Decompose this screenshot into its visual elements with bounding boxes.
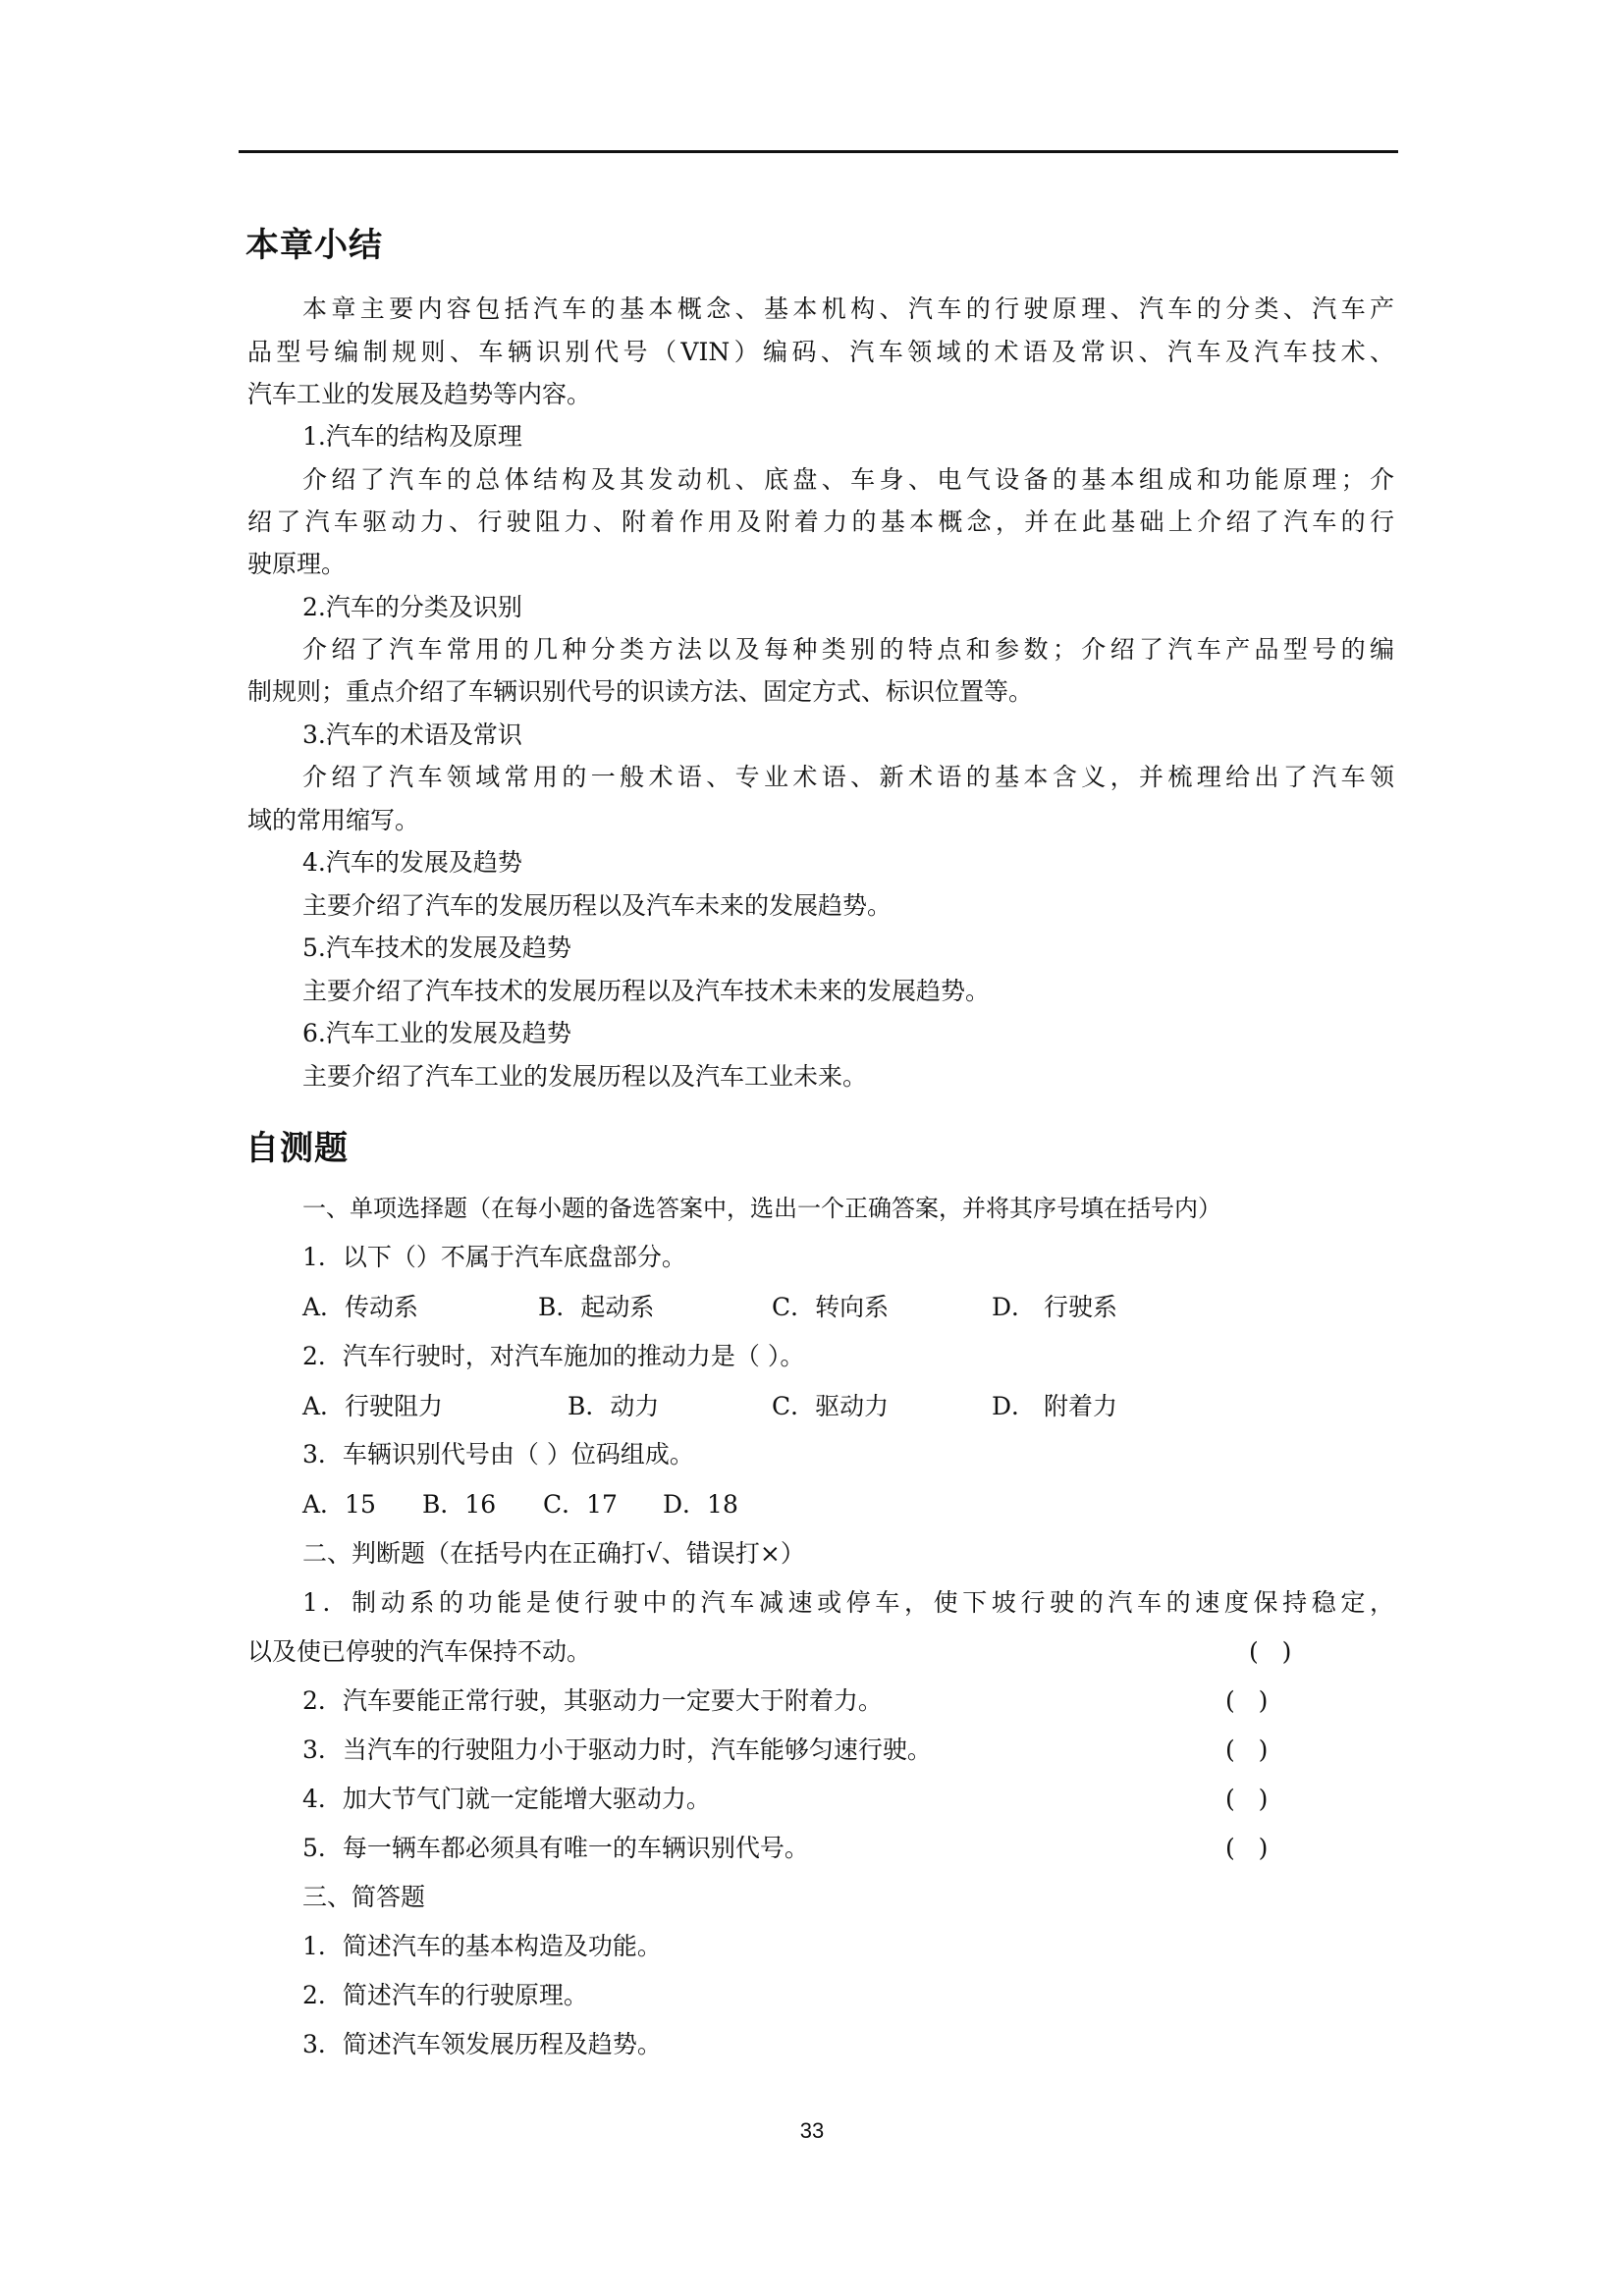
option: B．起动系 [538,1293,654,1322]
section-text: 域的常用缩写。 [247,806,419,835]
section-text: 绍了汽车驱动力、行驶阻力、附着作用及附着力的基本概念，并在此基础上介绍了汽车的行 [247,507,1394,537]
section-title: 5.汽车技术的发展及趋势 [302,934,571,963]
option: C．17 [543,1490,618,1520]
option: C．转向系 [772,1293,889,1322]
section-text: 制规则；重点介绍了车辆识别代号的识读方法、固定方式、标识位置等。 [247,677,1033,707]
judgement-question: 以及使已停驶的汽车保持不动。 [247,1637,591,1667]
summary-intro-line: 品型号编制规则、车辆识别代号（VIN）编码、汽车领域的术语及常识、汽车及汽车技术… [247,338,1394,367]
section-text: 驶原理。 [247,550,346,579]
quiz-heading: 自测题 [245,1121,349,1169]
option: D． 行驶系 [992,1293,1117,1322]
option: D．18 [663,1490,738,1520]
summary-heading: 本章小结 [245,218,383,266]
section-text: 主要介绍了汽车的发展历程以及汽车未来的发展趋势。 [302,891,892,921]
option: B．动力 [568,1392,659,1421]
section-title: 3.汽车的术语及常识 [302,721,522,750]
option: A．15 [302,1490,376,1520]
part2-title: 二、判断题（在括号内在正确打√、错误打×） [302,1539,805,1569]
answer-blank[interactable]: ( ) [1225,1686,1268,1716]
judgement-question: 5．每一辆车都必须具有唯一的车辆识别代号。 [302,1834,809,1863]
section-title: 6.汽车工业的发展及趋势 [302,1019,571,1048]
judgement-question: 4．加大节气门就一定能增大驱动力。 [302,1785,711,1814]
section-text: 介绍了汽车的总体结构及其发动机、底盘、车身、电气设备的基本组成和功能原理；介 [302,465,1394,495]
judgement-question: 1．制动系的功能是使行驶中的汽车减速或停车，使下坡行驶的汽车的速度保持稳定， [302,1588,1394,1618]
short-answer-question: 1．简述汽车的基本构造及功能。 [302,1932,662,1961]
question-stem: 2．汽车行驶时，对汽车施加的推动力是（ ）。 [302,1342,804,1371]
question-stem: 1．以下（）不属于汽车底盘部分。 [302,1243,686,1272]
short-answer-question: 2．简述汽车的行驶原理。 [302,1981,588,2010]
judgement-question: 3．当汽车的行驶阻力小于驱动力时，汽车能够匀速行驶。 [302,1735,932,1765]
answer-blank[interactable]: ( ) [1225,1785,1268,1814]
section-text: 介绍了汽车领域常用的一般术语、专业术语、新术语的基本含义，并梳理给出了汽车领 [302,763,1394,792]
header-rule [239,150,1398,153]
short-answer-question: 3．简述汽车领发展历程及趋势。 [302,2030,662,2059]
option: D． 附着力 [992,1392,1117,1421]
option: C．驱动力 [772,1392,889,1421]
answer-blank[interactable]: ( ) [1225,1834,1268,1863]
option: B．16 [422,1490,496,1520]
summary-intro-line: 本章主要内容包括汽车的基本概念、基本机构、汽车的行驶原理、汽车的分类、汽车产 [302,294,1394,324]
part1-title: 一、单项选择题（在每小题的备选答案中，选出一个正确答案，并将其序号填在括号内） [302,1194,1221,1223]
page-number: 33 [0,2118,1624,2144]
section-text: 介绍了汽车常用的几种分类方法以及每种类别的特点和参数；介绍了汽车产品型号的编 [302,635,1394,665]
part3-title: 三、简答题 [302,1883,425,1912]
answer-blank[interactable]: ( ) [1249,1637,1291,1667]
section-title: 1.汽车的结构及原理 [302,422,522,452]
option: A．传动系 [302,1293,418,1322]
section-title: 2.汽车的分类及识别 [302,593,522,622]
judgement-question: 2．汽车要能正常行驶，其驱动力一定要大于附着力。 [302,1686,883,1716]
section-title: 4.汽车的发展及趋势 [302,848,522,878]
question-stem: 3．车辆识别代号由（ ）位码组成。 [302,1440,694,1469]
summary-intro-line: 汽车工业的发展及趋势等内容。 [247,380,591,409]
section-text: 主要介绍了汽车工业的发展历程以及汽车工业未来。 [302,1062,867,1092]
section-text: 主要介绍了汽车技术的发展历程以及汽车技术未来的发展趋势。 [302,977,990,1006]
answer-blank[interactable]: ( ) [1225,1735,1268,1765]
option: A．行驶阻力 [302,1392,443,1421]
